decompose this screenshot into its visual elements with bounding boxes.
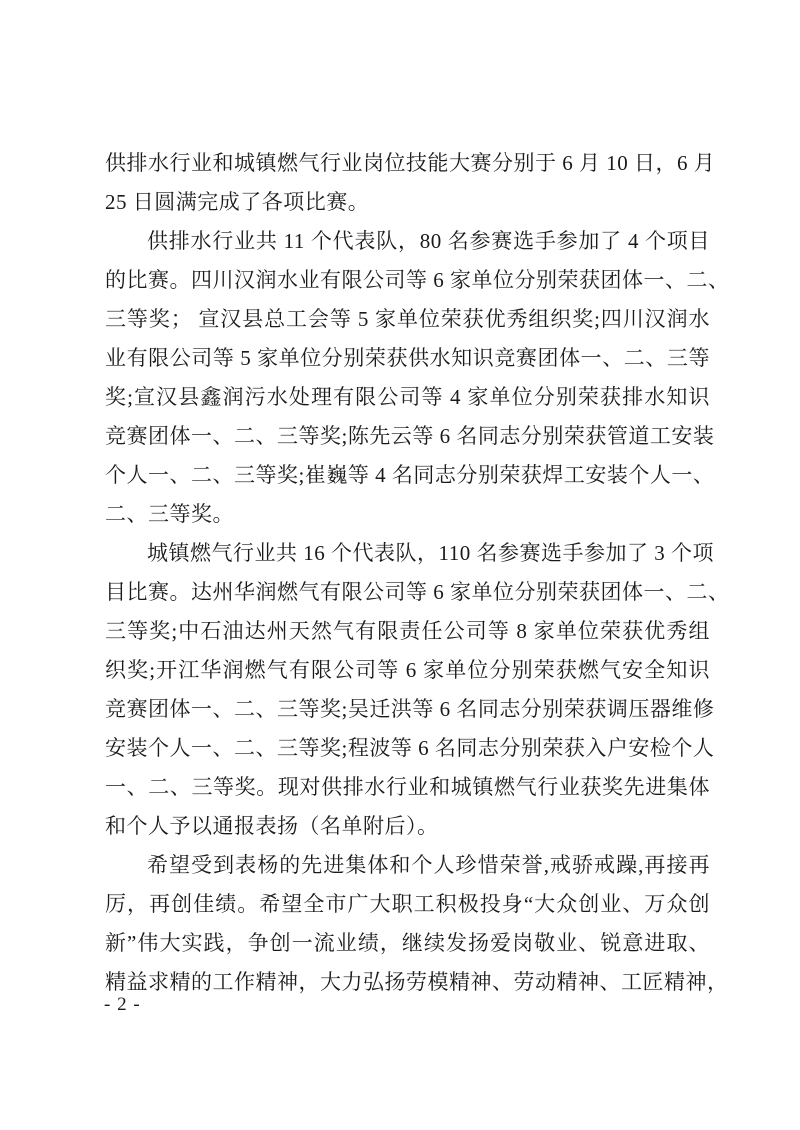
text-line: 厉，再创佳绩。希望全市广大职工积极投身“大众创业、万众创 bbox=[105, 885, 710, 924]
text-line: 25 日圆满完成了各项比赛。 bbox=[105, 183, 710, 222]
paragraph-gas-industry: 城镇燃气行业共 16 个代表队，110 名参赛选手参加了 3 个项 目比赛。达州… bbox=[105, 534, 710, 846]
paragraph-encouragement: 希望受到表杨的先进集体和个人珍惜荣誉,戒骄戒躁,再接再 厉，再创佳绩。希望全市广… bbox=[105, 846, 710, 1002]
text-line: 一、二、三等奖。现对供排水行业和城镇燃气行业获奖先进集体 bbox=[105, 768, 710, 807]
text-line: 奖;宣汉县鑫润污水处理有限公司等 4 家单位分别荣获排水知识 bbox=[105, 378, 710, 417]
document-page: 供排水行业和城镇燃气行业岗位技能大赛分别于 6 月 10 日，6 月 25 日圆… bbox=[0, 0, 800, 1130]
paragraph-intro: 供排水行业和城镇燃气行业岗位技能大赛分别于 6 月 10 日，6 月 25 日圆… bbox=[105, 144, 710, 222]
text-line: 三等奖； 宣汉县总工会等 5 家单位荣获优秀组织奖;四川汉润水 bbox=[105, 300, 710, 339]
text-line: 织奖;开江华润燃气有限公司等 6 家单位分别荣获燃气安全知识 bbox=[105, 651, 710, 690]
text-line: 希望受到表杨的先进集体和个人珍惜荣誉,戒骄戒躁,再接再 bbox=[105, 846, 710, 885]
text-line: 目比赛。达州华润燃气有限公司等 6 家单位分别荣获团体一、二、 bbox=[105, 573, 710, 612]
text-line: 竞赛团体一、二、三等奖;吴迁洪等 6 名同志分别荣获调压器维修 bbox=[105, 690, 710, 729]
text-line: 供排水行业共 11 个代表队，80 名参赛选手参加了 4 个项目 bbox=[105, 222, 710, 261]
text-line: 个人一、二、三等奖;崔巍等 4 名同志分别荣获焊工安装个人一、 bbox=[105, 456, 710, 495]
page-number: - 2 - bbox=[104, 994, 141, 1016]
text-line: 新”伟大实践，争创一流业绩，继续发扬爱岗敬业、锐意进取、 bbox=[105, 924, 710, 963]
text-line: 业有限公司等 5 家单位分别荣获供水知识竞赛团体一、二、三等 bbox=[105, 339, 710, 378]
text-line: 城镇燃气行业共 16 个代表队，110 名参赛选手参加了 3 个项 bbox=[105, 534, 710, 573]
text-line: 二、三等奖。 bbox=[105, 495, 710, 534]
text-line: 和个人予以通报表扬（名单附后）。 bbox=[105, 807, 710, 846]
text-line: 精益求精的工作精神，大力弘扬劳模精神、劳动精神、工匠精神， bbox=[105, 963, 710, 1002]
text-line: 竞赛团体一、二、三等奖;陈先云等 6 名同志分别荣获管道工安装 bbox=[105, 417, 710, 456]
text-line: 供排水行业和城镇燃气行业岗位技能大赛分别于 6 月 10 日，6 月 bbox=[105, 144, 710, 183]
text-line: 三等奖;中石油达州天然气有限责任公司等 8 家单位荣获优秀组 bbox=[105, 612, 710, 651]
document-body: 供排水行业和城镇燃气行业岗位技能大赛分别于 6 月 10 日，6 月 25 日圆… bbox=[105, 144, 710, 1002]
paragraph-water-industry: 供排水行业共 11 个代表队，80 名参赛选手参加了 4 个项目 的比赛。四川汉… bbox=[105, 222, 710, 534]
text-line: 的比赛。四川汉润水业有限公司等 6 家单位分别荣获团体一、二、 bbox=[105, 261, 710, 300]
text-line: 安装个人一、二、三等奖;程波等 6 名同志分别荣获入户安检个人 bbox=[105, 729, 710, 768]
